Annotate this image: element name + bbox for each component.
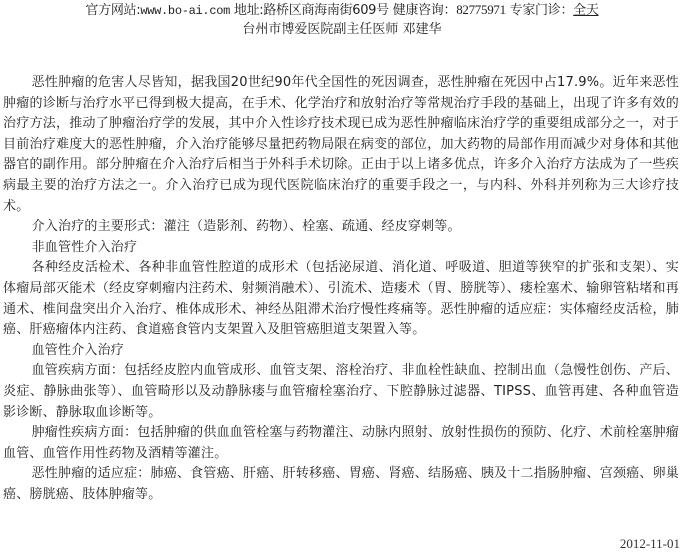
paragraph-intro: 恶性肿瘤的危害人尽皆知，据我国20世纪90年代全国性的死因调查，恶性肿瘤在死因中…: [3, 73, 679, 217]
section-heading-nonvascular: 非血管性介入治疗: [3, 238, 679, 259]
paragraph-tumor-diseases: 肿瘤性疾病方面：包括肿瘤的供血血管栓塞与药物灌注、动脉内照射、放射性损伤的预防、…: [3, 423, 679, 464]
page-header: 官方网站:www.bo-ai.com 地址:路桥区商海南街609号 健康咨询：8…: [0, 0, 684, 40]
paragraph-indications: 恶性肿瘤的适应症：肺癌、食管癌、肝癌、肝转移癌、胃癌、肾癌、结肠癌、胰及十二指肠…: [3, 464, 679, 505]
address-label: 地址:: [230, 3, 263, 18]
address-value: 路桥区商海南街609号: [263, 3, 389, 18]
clinic-hours-link[interactable]: 全天: [573, 3, 598, 18]
phone-value: 82775971: [456, 2, 506, 17]
contact-info-line: 官方网站:www.bo-ai.com 地址:路桥区商海南街609号 健康咨询：8…: [0, 0, 684, 20]
article-body: 恶性肿瘤的危害人尽皆知，据我国20世纪90年代全国性的死因调查，恶性肿瘤在死因中…: [3, 73, 679, 505]
phone-label: 健康咨询：: [389, 3, 456, 18]
website-link[interactable]: www.bo-ai.com: [140, 4, 230, 18]
website-label: 官方网站:: [85, 3, 140, 18]
author-line: 台州市博爱医院副主任医师 邓建华: [0, 20, 684, 40]
paragraph-nonvascular: 各种经皮活检术、各种非血管性腔道的成形术（包括泌尿道、消化道、呼吸道、胆道等狭窄…: [3, 258, 679, 340]
clinic-label: 专家门诊：: [506, 3, 573, 18]
publish-date: 2012-11-01: [620, 536, 680, 552]
paragraph-main-forms: 介入治疗的主要形式：灌注（造影剂、药物）、栓塞、疏通、经皮穿刺等。: [3, 217, 679, 238]
section-heading-vascular: 血管性介入治疗: [3, 341, 679, 362]
paragraph-vascular-diseases: 血管疾病方面：包括经皮腔内血管成形、血管支架、溶栓治疗、非血栓性缺血、控制出血（…: [3, 361, 679, 423]
